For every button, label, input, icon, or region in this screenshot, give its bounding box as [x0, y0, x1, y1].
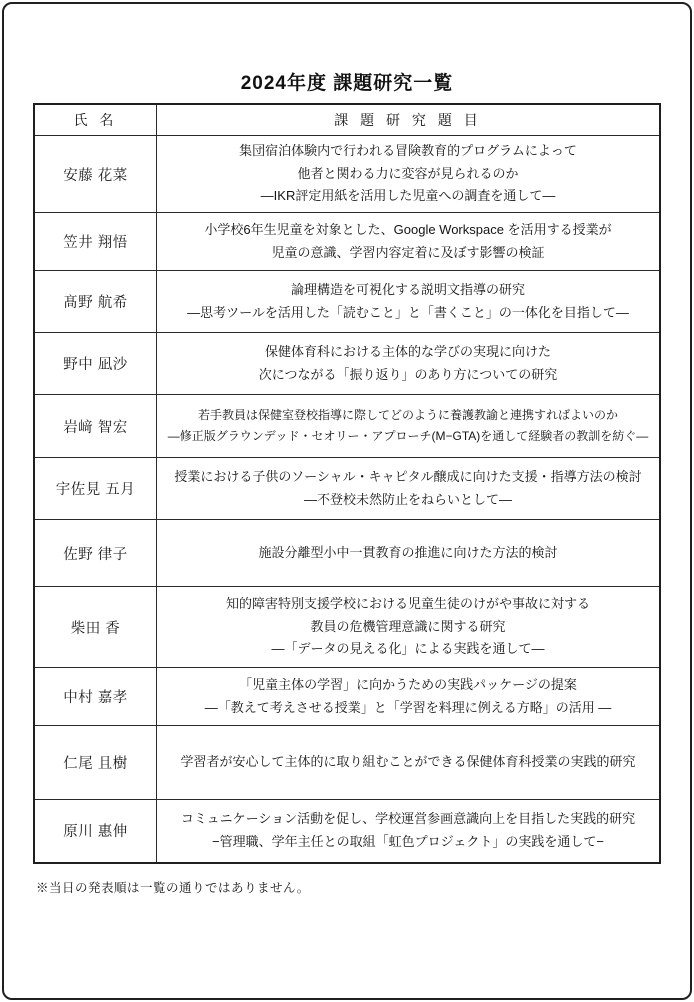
table-row: 宇佐見 五月 授業における子供のソーシャル・キャピタル醸成に向けた支援・指導方法…: [34, 458, 660, 520]
research-title: 施設分離型小中一貫教育の推進に向けた方法的検討: [157, 520, 661, 587]
header-topic: 課 題 研 究 題 目: [157, 104, 661, 136]
research-title: 小学校6年生児童を対象とした、Google Workspace を活用する授業が…: [157, 213, 661, 271]
table-row: 仁尾 且樹 学習者が安心して主体的に取り組むことができる保健体育科授業の実践的研…: [34, 726, 660, 800]
student-name: 宇佐見 五月: [34, 458, 157, 520]
table-row: 佐野 律子 施設分離型小中一貫教育の推進に向けた方法的検討: [34, 520, 660, 587]
document-page: 2024年度 課題研究一覧 氏 名 課 題 研 究 題 目 安藤 花菜 集団宿泊…: [0, 0, 694, 1002]
header-name: 氏 名: [34, 104, 157, 136]
table-header: 氏 名 課 題 研 究 題 目: [34, 104, 660, 136]
table-row: 野中 凪沙 保健体育科における主体的な学びの実現に向けた 次につながる「振り返り…: [34, 333, 660, 395]
page-title: 2024年度 課題研究一覧: [0, 68, 694, 95]
table-row: 髙野 航希 論理構造を可視化する説明文指導の研究 ―思考ツールを活用した「読むこ…: [34, 271, 660, 333]
table-row: 原川 惠伸 コミュニケーション活動を促し、学校運営参画意識向上を目指した実践的研…: [34, 800, 660, 863]
student-name: 安藤 花菜: [34, 136, 157, 213]
table-row: 岩﨑 智宏 若手教員は保健室登校指導に際してどのように養護教諭と連携すればよいの…: [34, 395, 660, 458]
table-row: 中村 嘉孝 「児童主体の学習」に向かうための実践パッケージの提案 ―「教えて考え…: [34, 668, 660, 726]
header-row: 氏 名 課 題 研 究 題 目: [34, 104, 660, 136]
student-name: 野中 凪沙: [34, 333, 157, 395]
student-name: 原川 惠伸: [34, 800, 157, 863]
student-name: 仁尾 且樹: [34, 726, 157, 800]
student-name: 岩﨑 智宏: [34, 395, 157, 458]
table-row: 安藤 花菜 集団宿泊体験内で行われる冒険教育的プログラムによって 他者と関わる力…: [34, 136, 660, 213]
research-title: 若手教員は保健室登校指導に際してどのように養護教諭と連携すればよいのか ―修正版…: [157, 395, 661, 458]
research-title: 集団宿泊体験内で行われる冒険教育的プログラムによって 他者と関わる力に変容が見ら…: [157, 136, 661, 213]
table-row: 笠井 翔悟 小学校6年生児童を対象とした、Google Workspace を活…: [34, 213, 660, 271]
research-title: 「児童主体の学習」に向かうための実践パッケージの提案 ―「教えて考えさせる授業」…: [157, 668, 661, 726]
student-name: 中村 嘉孝: [34, 668, 157, 726]
student-name: 髙野 航希: [34, 271, 157, 333]
research-title: 論理構造を可視化する説明文指導の研究 ―思考ツールを活用した「読むこと」と「書く…: [157, 271, 661, 333]
research-topics-table: 氏 名 課 題 研 究 題 目 安藤 花菜 集団宿泊体験内で行われる冒険教育的プ…: [33, 103, 661, 864]
research-title: 授業における子供のソーシャル・キャピタル醸成に向けた支援・指導方法の検討 ―不登…: [157, 458, 661, 520]
table-row: 柴田 香 知的障害特別支援学校における児童生徒のけがや事故に対する 教員の危機管…: [34, 587, 660, 668]
footnote: ※当日の発表順は一覧の通りではありません。: [36, 878, 310, 896]
student-name: 柴田 香: [34, 587, 157, 668]
research-title: 保健体育科における主体的な学びの実現に向けた 次につながる「振り返り」のあり方に…: [157, 333, 661, 395]
student-name: 佐野 律子: [34, 520, 157, 587]
student-name: 笠井 翔悟: [34, 213, 157, 271]
research-title: 学習者が安心して主体的に取り組むことができる保健体育科授業の実践的研究: [157, 726, 661, 800]
research-title: コミュニケーション活動を促し、学校運営参画意識向上を目指した実践的研究 −管理職…: [157, 800, 661, 863]
research-title: 知的障害特別支援学校における児童生徒のけがや事故に対する 教員の危機管理意識に関…: [157, 587, 661, 668]
